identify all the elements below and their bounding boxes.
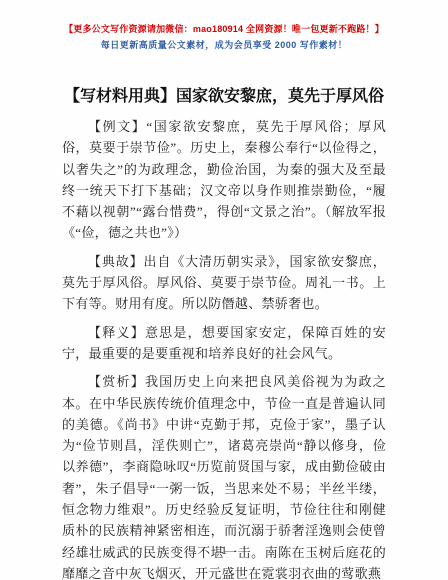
page-number: 1 [0, 543, 448, 558]
document-body: 【例文】“国家欲安黎庶，莫先于厚风俗；厚风俗，莫要于崇节俭”。历史上，秦穆公奉行… [62, 116, 386, 580]
promo-line-blue: 每日更新高质量公文素材，成为会员享受 2000 写作素材！ [0, 37, 448, 53]
promo-header: 【更多公文写作资源请加微信：mao180914 全网资源！唯一包更新不跑路！】 … [0, 0, 448, 53]
document-page: 【更多公文写作资源请加微信：mao180914 全网资源！唯一包更新不跑路！】 … [0, 0, 448, 580]
promo-line-red: 【更多公文写作资源请加微信：mao180914 全网资源！唯一包更新不跑路！】 [0, 21, 448, 37]
paragraph-diangu: 【典故】出自《大清历朝实录》，国家欲安黎庶，莫先于厚风俗。厚风俗、莫要于崇节俭。… [62, 251, 386, 315]
paragraph-shiyi: 【释义】意思是，想要国家安定，保障百姓的安宁，最重要的是要重视和培养良好的社会风… [62, 322, 386, 365]
document-title: 【写材料用典】国家欲安黎庶，莫先于厚风俗 [30, 87, 418, 107]
paragraph-liwen: 【例文】“国家欲安黎庶，莫先于厚风俗；厚风俗，莫要于崇节俭”。历史上，秦穆公奉行… [62, 116, 386, 244]
